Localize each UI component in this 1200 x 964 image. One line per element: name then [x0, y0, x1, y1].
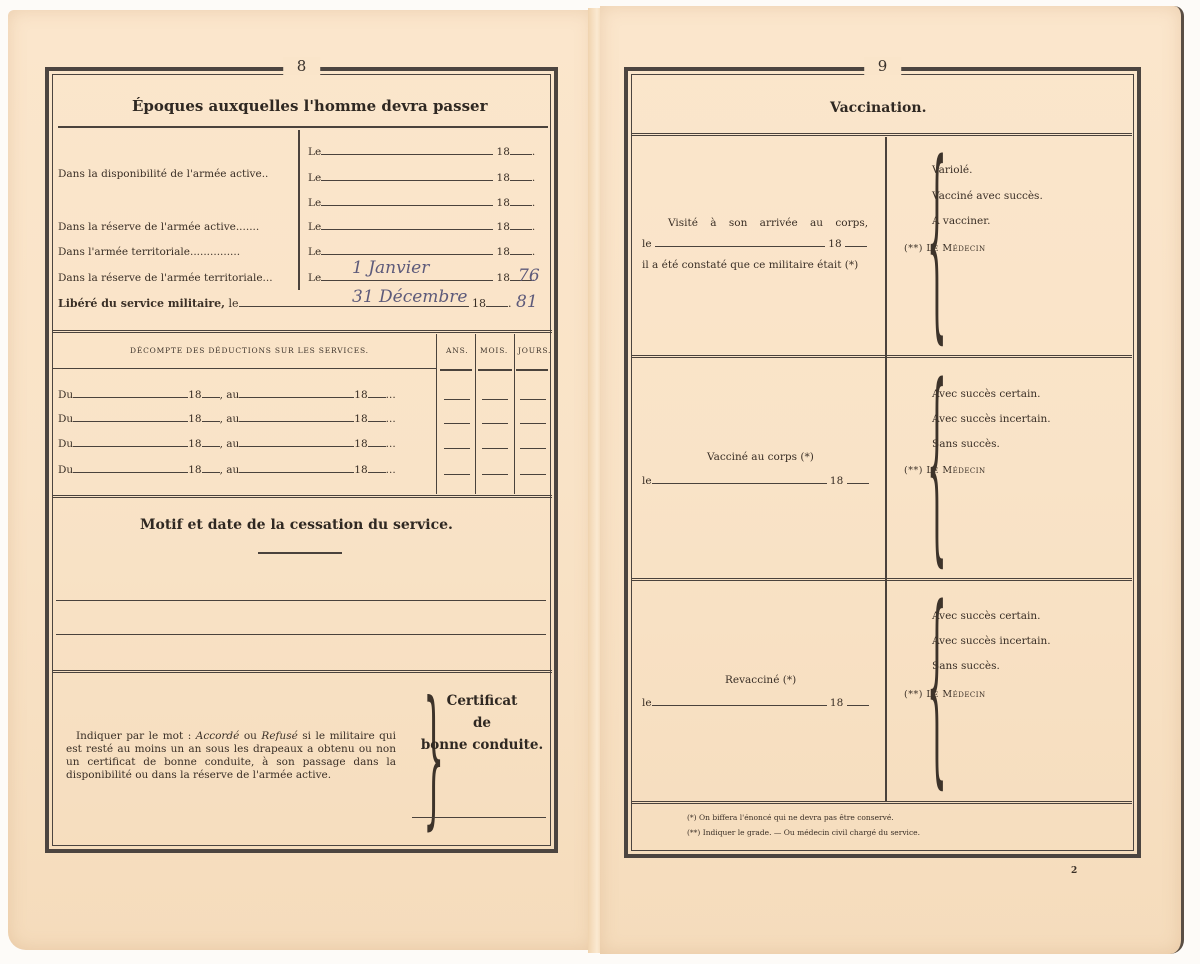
periods-divider [298, 130, 300, 290]
cell-line [482, 448, 508, 449]
cessation-title: Motif et date de la cessation du service… [140, 517, 453, 533]
footnote-1: (*) On biffera l'énoncé qui ne devra pas… [687, 813, 894, 822]
cell-line [520, 448, 546, 449]
vaccinated-date-field[interactable]: le 18 [642, 475, 869, 487]
handwritten-year: 81 [516, 292, 538, 312]
certificate-title: Certificat de bonne conduite. [412, 690, 552, 756]
vaccination-title: Vaccination. [830, 100, 926, 116]
section-divider [632, 355, 1132, 358]
table-rule [478, 369, 512, 371]
cell-line [520, 399, 546, 400]
option-succes-incertain[interactable]: Avec succès incertain. [932, 635, 1051, 647]
date-field[interactable]: Le 18. [308, 146, 535, 158]
title-rule [58, 126, 548, 128]
visit-text: Visité à son arrivée au corps, [668, 217, 868, 229]
brace-icon: { [927, 580, 947, 790]
option-succes-certain[interactable]: Avec succès certain. [932, 610, 1040, 622]
date-field[interactable]: Le 18. [308, 246, 535, 258]
column-ans: ANS. [446, 346, 468, 355]
page-number-left: 8 [283, 57, 321, 75]
signature-mark: 2 [1071, 866, 1077, 876]
right-page-frame: 9 [624, 67, 1141, 858]
cell-line [444, 448, 470, 449]
option-vaccine-succes[interactable]: Vacciné avec succès. [932, 190, 1043, 202]
cell-line [482, 423, 508, 424]
column-mois: MOIS. [480, 346, 508, 355]
period-label: Dans la réserve de l'armée active....... [58, 221, 259, 233]
cessation-line-1[interactable] [56, 600, 546, 601]
visit-result-text: il a été constaté que ce militaire était… [642, 259, 858, 271]
option-succes-certain[interactable]: Avec succès certain. [932, 388, 1040, 400]
table-rule [52, 368, 436, 369]
date-field[interactable]: Le 18. [308, 221, 535, 233]
section-divider [632, 578, 1132, 581]
visit-date-field[interactable]: le 18 [642, 238, 867, 250]
table-rule [440, 369, 472, 371]
periods-title: Époques auxquelles l'homme devra passer [132, 97, 488, 115]
cell-line [482, 474, 508, 475]
certificate-signature-line[interactable] [412, 817, 546, 818]
section-divider [52, 330, 552, 333]
cell-line [444, 423, 470, 424]
revaccinated-date-field[interactable]: le 18 [642, 697, 869, 709]
section-divider [52, 495, 552, 498]
section-divider [52, 670, 552, 673]
date-field[interactable]: Le 18. [308, 197, 535, 209]
cessation-line-2[interactable] [56, 634, 546, 635]
section-divider [632, 801, 1132, 804]
handwritten-year: 76 [518, 266, 540, 286]
title-rule [258, 552, 342, 554]
period-label: Dans la disponibilité de l'armée active.… [58, 168, 268, 180]
date-field[interactable]: Le 18. [308, 172, 535, 184]
column-divider [475, 334, 476, 494]
period-label: Dans la réserve de l'armée territoriale.… [58, 272, 273, 284]
deduction-row[interactable]: Du18, au18... [58, 413, 396, 425]
vaccination-divider [885, 137, 887, 802]
deduction-row[interactable]: Du18, au18... [58, 389, 396, 401]
page-number-right: 9 [864, 57, 902, 75]
handwritten-date: 31 Décembre [352, 287, 468, 307]
cell-line [520, 474, 546, 475]
column-divider [514, 334, 515, 494]
brace-icon: { [927, 135, 947, 345]
section-divider [632, 133, 1132, 136]
deduction-row[interactable]: Du18, au18... [58, 464, 396, 476]
table-rule [516, 369, 548, 371]
revaccinated-text: Revacciné (*) [725, 674, 796, 686]
brace-icon: { [927, 358, 947, 568]
cell-line [520, 423, 546, 424]
cell-line [444, 474, 470, 475]
vaccinated-text: Vacciné au corps (*) [707, 451, 814, 463]
deduction-row[interactable]: Du18, au18... [58, 438, 396, 450]
cell-line [482, 399, 508, 400]
deductions-header: DÉCOMPTE DES DÉDUCTIONS SUR LES SERVICES… [130, 346, 369, 355]
certificate-instruction: Indiquer par le mot : Accordé ou Refusé … [66, 730, 396, 782]
handwritten-date: 1 Janvier [352, 258, 429, 278]
column-divider [436, 334, 437, 494]
cell-line [444, 399, 470, 400]
option-succes-incertain[interactable]: Avec succès incertain. [932, 413, 1051, 425]
period-label: Dans l'armée territoriale............... [58, 246, 240, 258]
column-jours: JOURS. [518, 346, 551, 355]
footnote-2: (**) Indiquer le grade. — Ou médecin civ… [687, 828, 920, 837]
